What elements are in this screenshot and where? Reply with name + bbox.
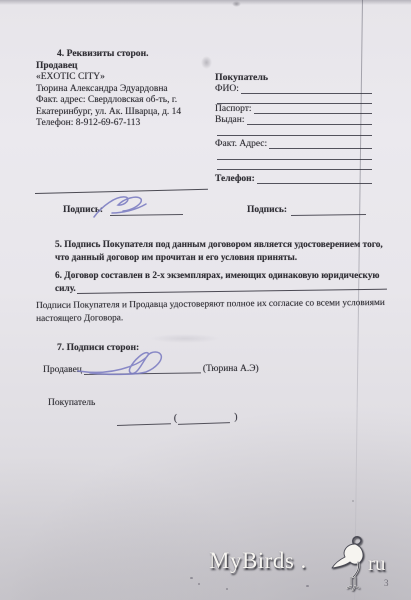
signature-line bbox=[291, 204, 366, 216]
bird-logo-icon bbox=[330, 535, 370, 593]
seller-handwritten-signature bbox=[92, 192, 150, 220]
seller-address-line1: Факт. адрес: Свердловская об-ть, г. bbox=[36, 95, 181, 106]
blank-line bbox=[217, 135, 372, 136]
seller-phone: Телефон: 8-912-69-67-113 bbox=[36, 118, 181, 129]
name-line bbox=[178, 412, 230, 425]
seller-final-handwritten-signature bbox=[76, 350, 176, 378]
consent-note: Подписи Покупателя и Продавца удостоверя… bbox=[36, 297, 385, 325]
buyer-field-address: Факт. Адрес: bbox=[215, 136, 372, 150]
blank-line bbox=[241, 93, 372, 94]
watermark-tld-text: ru bbox=[368, 551, 386, 576]
buyer-field-issued: Выдан: bbox=[215, 114, 372, 125]
buyer-field-passport: Паспорт: bbox=[215, 104, 372, 115]
seller-role-label: Продавец bbox=[36, 61, 181, 72]
buyer-final-label: Покупатель bbox=[48, 398, 95, 408]
scan-smudge bbox=[232, 1, 241, 7]
buyer-signature-field: Подпись: bbox=[247, 202, 366, 216]
buyer-field-blank bbox=[215, 94, 372, 104]
section-4-heading: 4. Реквизиты сторон. bbox=[57, 48, 149, 59]
scan-smudge bbox=[201, 56, 212, 69]
blank-line bbox=[217, 169, 372, 170]
signature-line bbox=[117, 413, 171, 426]
page-number: 3 bbox=[384, 578, 389, 588]
buyer-field-phone: Телефон: bbox=[215, 170, 372, 184]
buyer-final-signature-row: () bbox=[117, 410, 238, 426]
seller-company-name: «EXOTIC CITY» bbox=[36, 72, 181, 83]
clause-5: 5. Подпись Покупателя под данным договор… bbox=[55, 239, 383, 264]
buyer-role-label: Покупатель bbox=[215, 72, 372, 84]
scan-speck bbox=[352, 500, 354, 502]
watermark-brand-text: MyBirds . bbox=[209, 548, 307, 574]
buyer-signature-label: Подпись: bbox=[247, 205, 289, 216]
buyer-details-block: Покупатель ФИО: Паспорт: Выдан: Факт. Ад… bbox=[215, 72, 372, 184]
seller-details-block: Продавец «EXOTIC CITY» Тюрина Александра… bbox=[36, 61, 181, 129]
scan-speck bbox=[190, 577, 193, 579]
watermark-dot: . bbox=[301, 548, 307, 573]
scanned-contract-page: 4. Реквизиты сторон. Продавец «EXOTIC CI… bbox=[0, 0, 411, 600]
blank-line bbox=[269, 148, 372, 149]
scan-speck bbox=[226, 588, 228, 590]
scan-smudge bbox=[150, 334, 220, 343]
blank-line bbox=[217, 159, 372, 160]
blank-line bbox=[254, 113, 372, 114]
blank-line bbox=[247, 124, 373, 125]
scan-speck bbox=[198, 583, 200, 585]
buyer-field-blank bbox=[215, 160, 372, 170]
buyer-field-fio: ФИО: bbox=[215, 84, 372, 94]
buyer-field-blank bbox=[215, 149, 372, 160]
seller-contact-name: Тюрина Александра Эдуардовна bbox=[36, 84, 181, 95]
seller-address-line2: Екатеринбург, ул. Ак. Шварца, д. 14 bbox=[36, 107, 181, 118]
buyer-field-blank bbox=[215, 125, 372, 136]
seller-name-note: (Тюрина А.Э) bbox=[203, 364, 259, 375]
blank-line bbox=[257, 183, 372, 184]
scan-speck bbox=[306, 585, 309, 587]
